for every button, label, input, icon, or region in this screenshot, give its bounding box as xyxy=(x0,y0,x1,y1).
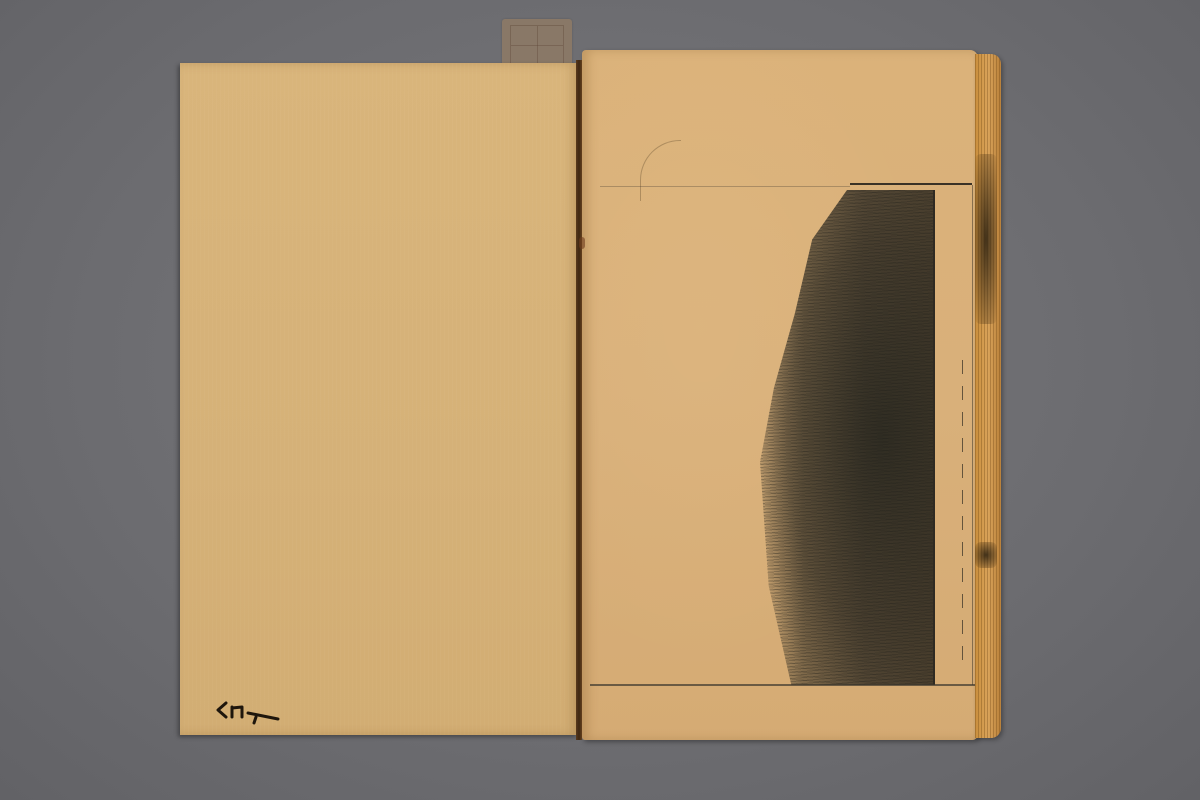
frame-dashed-rule xyxy=(962,360,963,670)
frame-inner-rule xyxy=(933,190,935,685)
spine-stain xyxy=(579,237,585,249)
frame-faint-top-rule xyxy=(600,186,850,187)
page-block-edges xyxy=(975,54,1001,738)
left-page xyxy=(180,63,578,735)
handwritten-note xyxy=(216,697,286,727)
frame-top-rule xyxy=(850,183,972,185)
edge-stain-bottom xyxy=(975,542,997,568)
frame-outer-rule xyxy=(972,185,973,685)
edge-stain-top xyxy=(975,154,997,324)
frame-bottom-rule xyxy=(590,684,980,686)
tab-label-grid xyxy=(510,25,564,65)
